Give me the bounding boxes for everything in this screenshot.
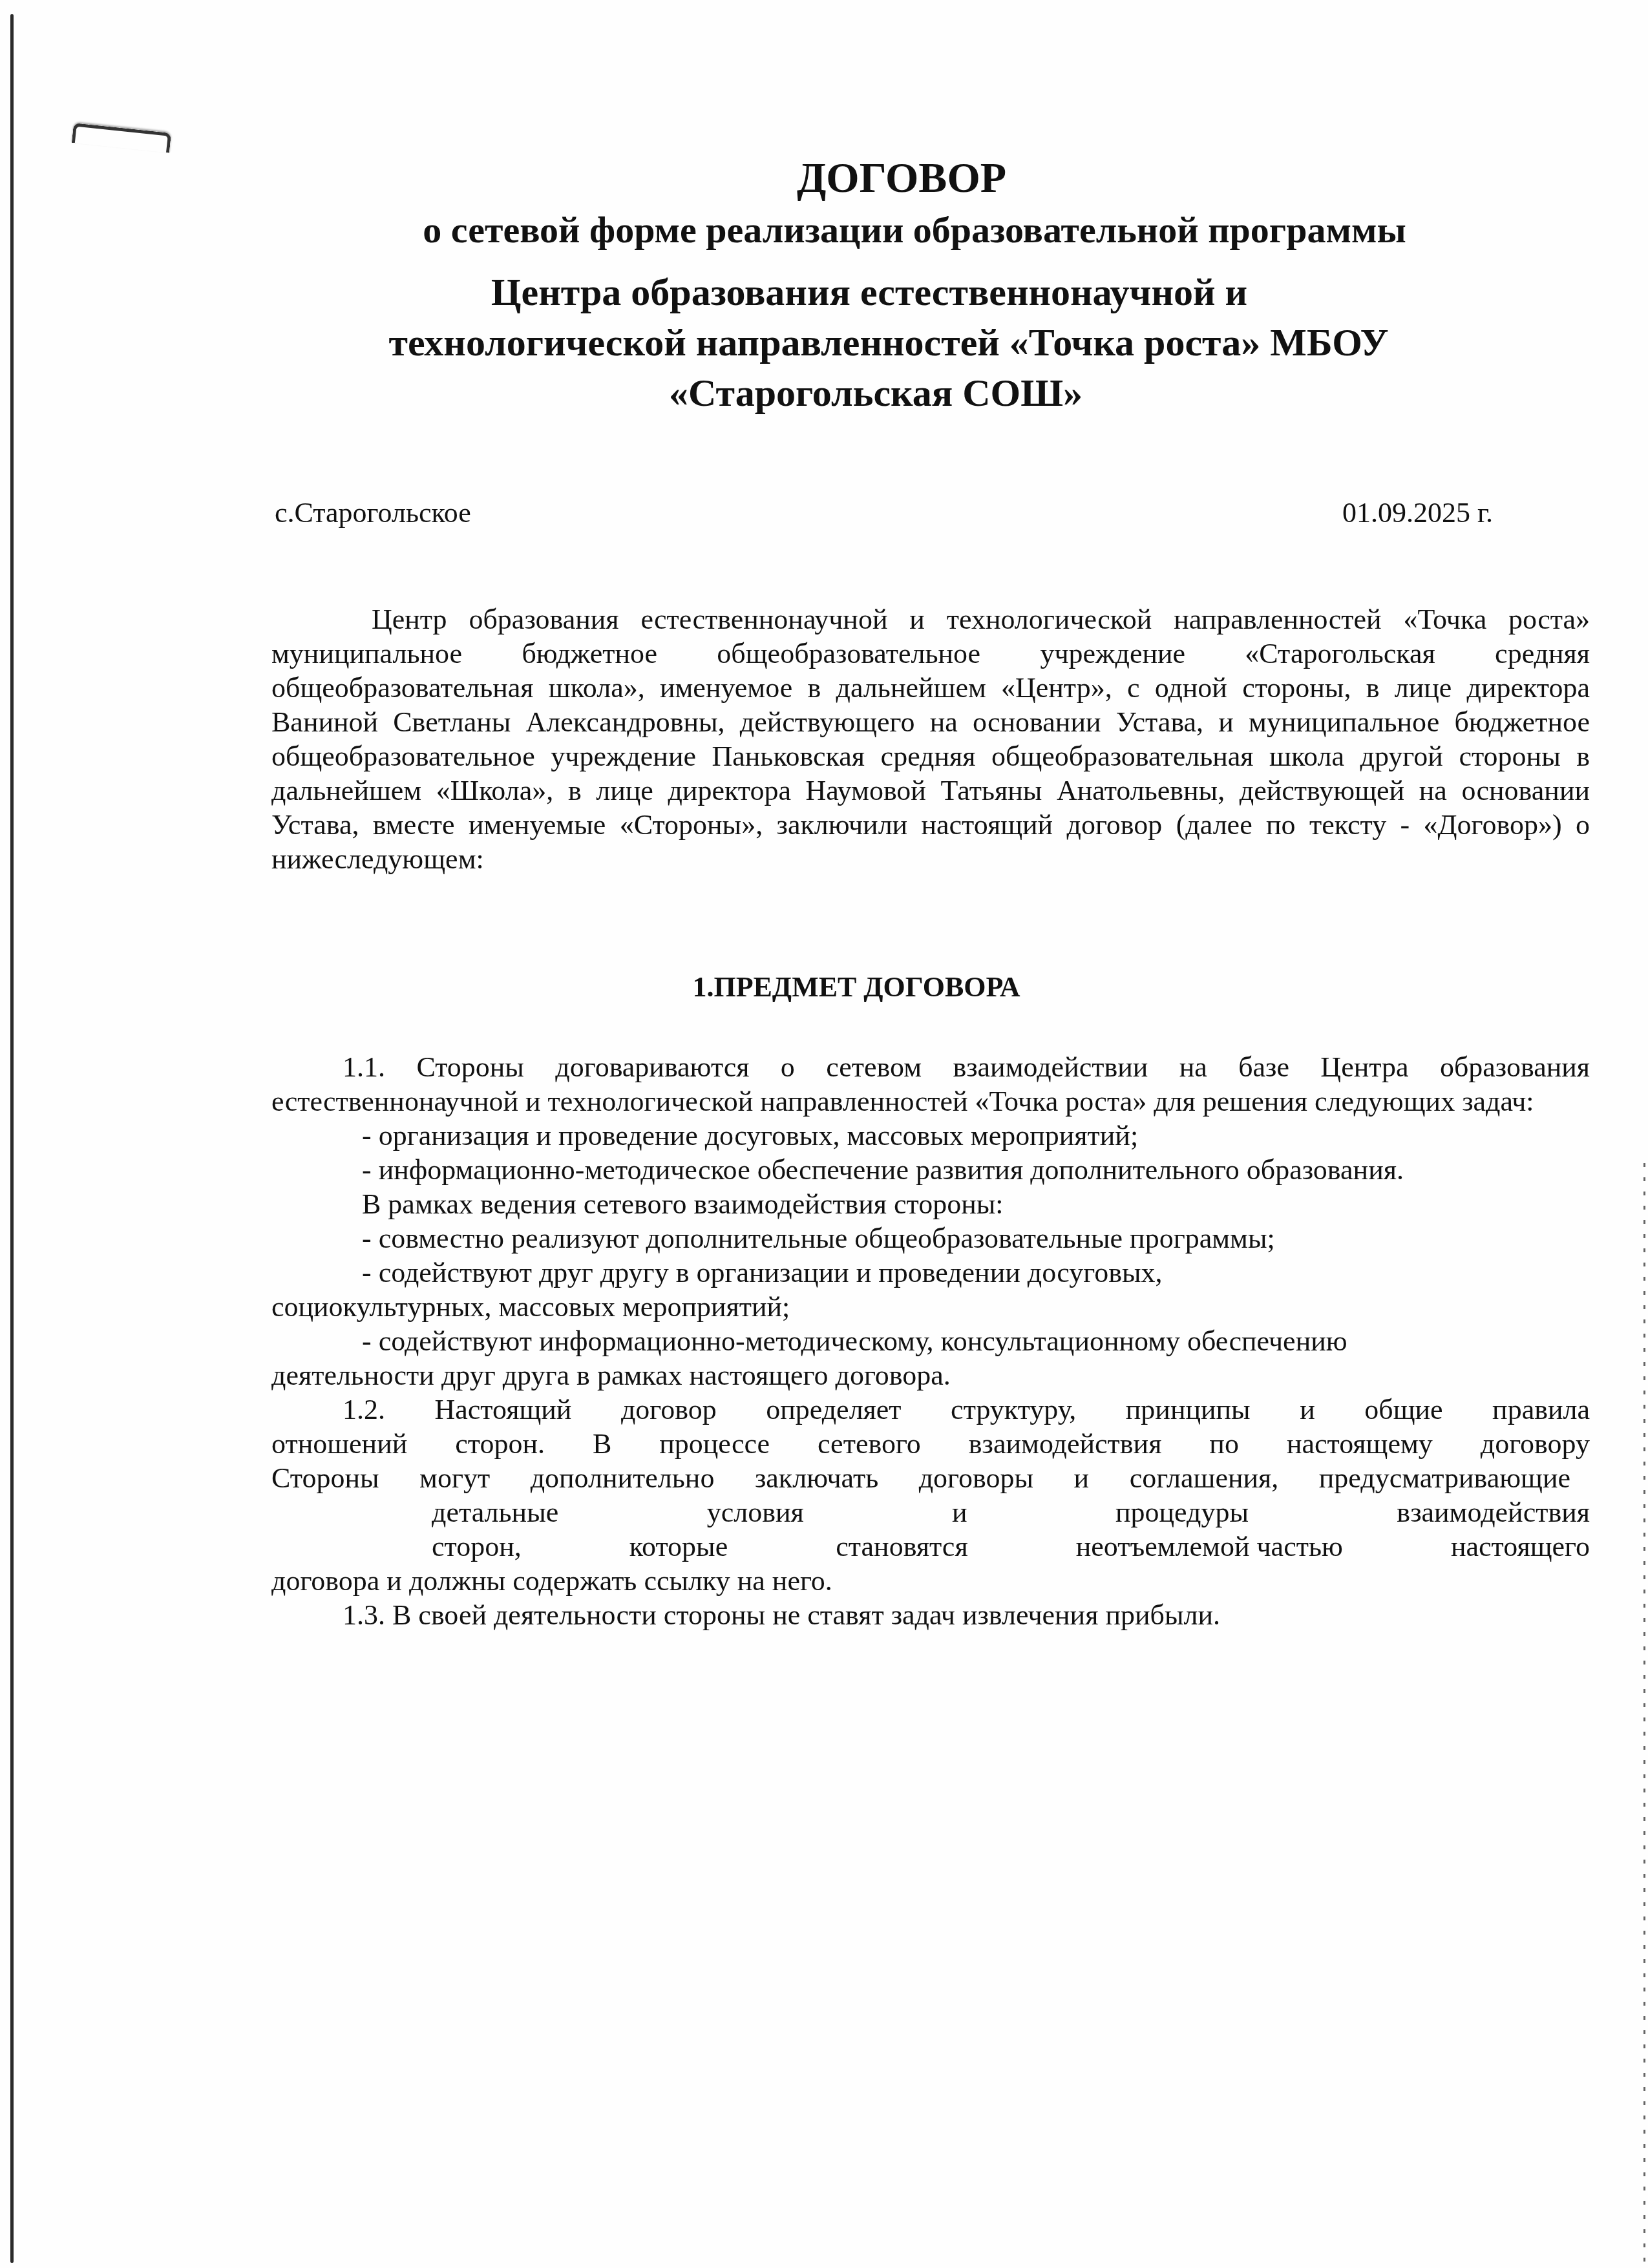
clause-1-2-end: договора и должны содержать ссылку на не… xyxy=(271,1564,1590,1598)
clause-1-2-line-1: 1.2. Настоящий договор определяет структ… xyxy=(271,1392,1590,1427)
clause-1-1: 1.1. Стороны договариваются о сетевом вз… xyxy=(271,1050,1590,1118)
spread-word: сторон, xyxy=(432,1529,522,1564)
network-item: - содействуют друг другу в организации и… xyxy=(271,1255,1590,1290)
network-item: - содействуют информационно-методическом… xyxy=(271,1324,1590,1358)
network-item-continuation: социокультурных, массовых мероприятий; xyxy=(271,1290,1590,1324)
section-heading: 1.ПРЕДМЕТ ДОГОВОРА xyxy=(0,971,1648,1003)
spread-word: взаимодействия xyxy=(1397,1495,1590,1529)
intro-paragraph: Центр образования естественнонаучной и т… xyxy=(271,602,1590,876)
spread-word: детальные xyxy=(432,1495,558,1529)
task-item: - информационно-методическое обеспечение… xyxy=(271,1153,1590,1187)
date: 01.09.2025 г. xyxy=(1342,496,1493,529)
place-date-row: с.Старогольское 01.09.2025 г. xyxy=(275,496,1493,529)
place: с.Старогольское xyxy=(275,496,471,529)
clause-1-3: 1.3. В своей деятельности стороны не ста… xyxy=(271,1598,1590,1632)
scan-right-edge xyxy=(1643,1163,1645,2262)
section-1-body: 1.1. Стороны договариваются о сетевом вз… xyxy=(271,1050,1590,1632)
document-subtitle: о сетевой форме реализации образовательн… xyxy=(90,208,1648,251)
spread-word: настоящего xyxy=(1451,1529,1590,1564)
spread-word: становятся xyxy=(836,1529,967,1564)
spread-word: неотъемлемой частью xyxy=(1076,1529,1343,1564)
spread-word: которые xyxy=(629,1529,728,1564)
scan-left-edge xyxy=(10,14,14,2263)
document-page: ДОГОВОР о сетевой форме реализации образ… xyxy=(0,0,1648,2268)
network-item: - совместно реализуют дополнительные общ… xyxy=(271,1221,1590,1255)
clause-1-2-spread-line-2: сторон, которые становятся неотъемлемой … xyxy=(271,1529,1590,1564)
network-intro: В рамках ведения сетевого взаимодействия… xyxy=(271,1187,1590,1221)
document-subject-line-3: «Старогольская СОШ» xyxy=(52,371,1648,415)
spread-word: и xyxy=(952,1495,967,1529)
spread-word: процедуры xyxy=(1115,1495,1249,1529)
document-title: ДОГОВОР xyxy=(78,154,1648,203)
spread-word: условия xyxy=(707,1495,804,1529)
document-subject-line-1: Центра образования естественнонаучной и xyxy=(45,270,1648,315)
staple-icon xyxy=(72,123,171,153)
network-item-continuation: деятельности друг друга в рамках настоящ… xyxy=(271,1358,1590,1392)
clause-1-2-line-2: отношений сторон. В процессе сетевого вз… xyxy=(271,1427,1590,1461)
clause-1-2-spread-line-1: детальные условия и процедуры взаимодейс… xyxy=(271,1495,1590,1529)
clause-1-2-line-3: Стороны могут дополнительно заключать до… xyxy=(271,1461,1590,1495)
document-subject-line-2: технологической направленностей «Точка р… xyxy=(65,320,1648,365)
task-item: - организация и проведение досуговых, ма… xyxy=(271,1118,1590,1153)
